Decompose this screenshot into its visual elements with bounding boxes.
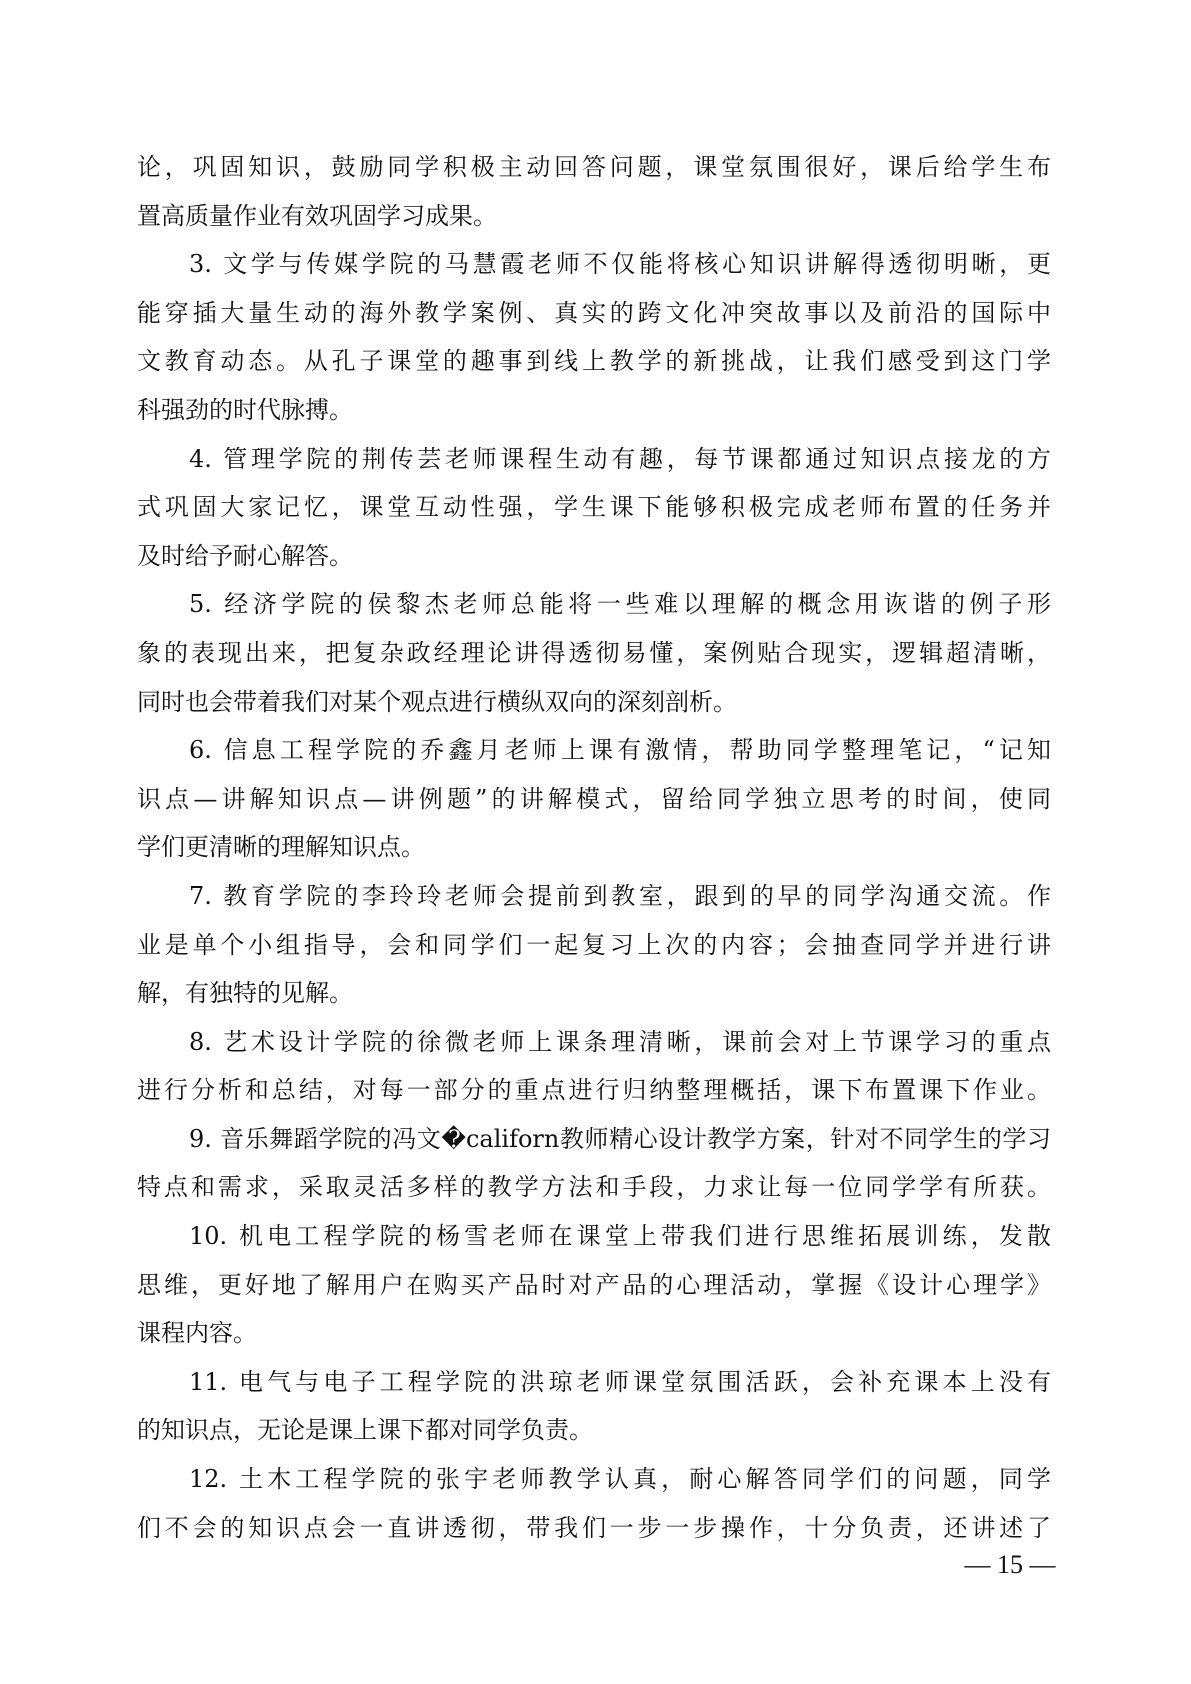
page-number: — 15 — <box>940 1550 1080 1580</box>
list-item-3-line: 3. 文学与传媒学院的马慧霞老师不仅能将核心知识讲解得透彻明晰，更 <box>137 240 1051 289</box>
list-item-7-line: 7. 教育学院的李玲玲老师会提前到教室，跟到的早的同学沟通交流。作 <box>137 872 1051 921</box>
text-line: 象的表现出来，把复杂政经理论讲得透彻易懂，案例贴合现实，逻辑超清晰， <box>137 629 1051 678</box>
text-line: 置高质量作业有效巩固学习成果。 <box>137 192 1051 241</box>
document-body: 论，巩固知识，鼓励同学积极主动回答问题，课堂氛围很好，课后给学生布 置高质量作业… <box>137 143 1051 1552</box>
text-line: 能穿插大量生动的海外教学案例、真实的跨文化冲突故事以及前沿的国际中 <box>137 289 1051 338</box>
list-item-4-line: 4. 管理学院的荆传芸老师课程生动有趣，每节课都通过知识点接龙的方 <box>137 435 1051 484</box>
text-line: 论，巩固知识，鼓励同学积极主动回答问题，课堂氛围很好，课后给学生布 <box>137 143 1051 192</box>
list-item-10-line: 10. 机电工程学院的杨雪老师在课堂上带我们进行思维拓展训练，发散 <box>137 1212 1051 1261</box>
text-line: 课程内容。 <box>137 1309 1051 1358</box>
text-line: 们不会的知识点会一直讲透彻，带我们一步一步操作，十分负责，还讲述了 <box>137 1504 1051 1553</box>
text-line: 思维，更好地了解用户在购买产品时对产品的心理活动，掌握《设计心理学》 <box>137 1261 1051 1310</box>
text-line: 及时给予耐心解答。 <box>137 532 1051 581</box>
list-item-5-line: 5. 经济学院的侯黎杰老师总能将一些难以理解的概念用诙谐的例子形 <box>137 580 1051 629</box>
text-line: 式巩固大家记忆，课堂互动性强，学生课下能够积极完成老师布置的任务并 <box>137 483 1051 532</box>
list-item-6-line: 6. 信息工程学院的乔鑫月老师上课有激情，帮助同学整理笔记，“记知 <box>137 726 1051 775</box>
text-line: 进行分析和总结，对每一部分的重点进行归纳整理概括，课下布置课下作业。 <box>137 1066 1051 1115</box>
list-item-8-line: 8. 艺术设计学院的徐微老师上课条理清晰，课前会对上节课学习的重点 <box>137 1018 1051 1067</box>
text-line: 同时也会带着我们对某个观点进行横纵双向的深刻剖析。 <box>137 678 1051 727</box>
list-item-12-line: 12. 土木工程学院的张宇老师教学认真，耐心解答同学们的问题，同学 <box>137 1455 1051 1504</box>
list-item-11-line: 11. 电气与电子工程学院的洪琼老师课堂氛围活跃，会补充课本上没有 <box>137 1358 1051 1407</box>
text-line: 的知识点，无论是课上课下都对同学负责。 <box>137 1406 1051 1455</box>
text-line: 识点—讲解知识点—讲例题”的讲解模式，留给同学独立思考的时间，使同 <box>137 775 1051 824</box>
text-line: 科强劲的时代脉搏。 <box>137 386 1051 435</box>
text-line: 业是单个小组指导，会和同学们一起复习上次的内容；会抽查同学并进行讲 <box>137 921 1051 970</box>
text-line: 文教育动态。从孔子课堂的趣事到线上教学的新挑战，让我们感受到这门学 <box>137 337 1051 386</box>
text-line: 特点和需求，采取灵活多样的教学方法和手段，力求让每一位同学学有所获。 <box>137 1163 1051 1212</box>
text-line: 解，有独特的见解。 <box>137 969 1051 1018</box>
document-page: 论，巩固知识，鼓励同学积极主动回答问题，课堂氛围很好，课后给学生布 置高质量作业… <box>0 0 1191 1684</box>
list-item-9-line: 9. 音乐舞蹈学院的冯文�californ教师精心设计教学方案，针对不同学生的学… <box>137 1115 1051 1164</box>
text-line: 学们更清晰的理解知识点。 <box>137 823 1051 872</box>
